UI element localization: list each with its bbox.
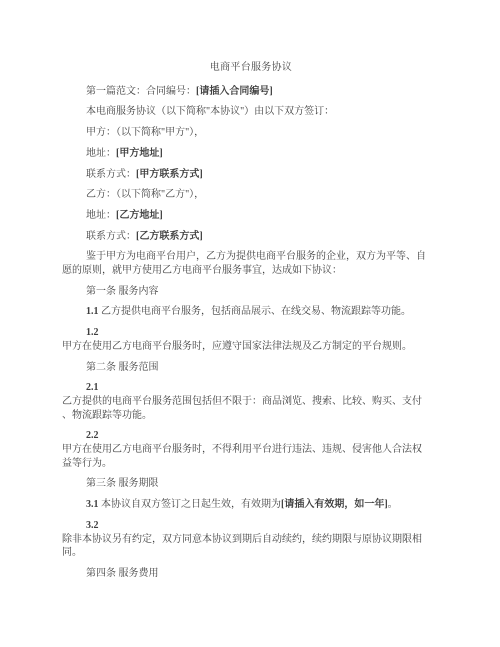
text-run: 第三条 服务期限 [86,478,159,489]
para-party-b-address: 地址：[乙方地址] [62,209,440,223]
heading-article-4: 第四条 服务费用 [62,567,440,581]
text-run: 本协议自双方签订之日起生效，有效期为 [99,499,282,510]
placeholder-party-b-address: [乙方地址] [116,210,163,221]
text-run: 甲方：（以下简称"甲方"）， [86,127,204,138]
para-template-heading: 第一篇范文：合同编号：[请插入合同编号] [62,85,440,99]
placeholder-party-b-contact: [乙方联系方式] [136,231,203,242]
placeholder-validity-period: [请插入有效期，如一年] [281,499,388,510]
clause-number: 2.2 [86,430,99,441]
text-run: 第二条 服务范围 [86,362,159,373]
heading-article-3: 第三条 服务期限 [62,477,440,491]
heading-article-2: 第二条 服务范围 [62,361,440,375]
para-party-b-contact: 联系方式：[乙方联系方式] [62,230,440,244]
text-run: 地址： [86,148,116,159]
text-run: 本电商服务协议（以下简称"本协议"）由以下双方签订： [86,106,334,117]
para-clause-3-1: 3.1 本协议自双方签订之日起生效，有效期为[请插入有效期，如一年]。 [62,498,440,512]
text-run: 鉴于甲方为电商平台用户，乙方为提供电商平台服务的企业，双方为平等、自 愿的原则，… [62,251,426,276]
text-run: 联系方式： [86,169,136,180]
para-clause-2-2: 2.2 甲方在使用乙方电商平台服务时，不得利用平台进行违法、违规、侵害他人合法权… [62,429,440,470]
para-party-a: 甲方：（以下简称"甲方"）， [62,126,440,140]
document-page: 电商平台服务协议 第一篇范文：合同编号：[请插入合同编号] 本电商服务协议（以下… [0,0,500,647]
contract-document: 电商平台服务协议 第一篇范文：合同编号：[请插入合同编号] 本电商服务协议（以下… [62,61,440,581]
para-party-b: 乙方：（以下简称"乙方"）， [62,188,440,202]
document-title: 电商平台服务协议 [62,61,440,75]
placeholder-party-a-address: [甲方地址] [116,148,163,159]
text-run: 乙方提供的电商平台服务范围包括但不限于：商品浏览、搜索、比较、购买、支付 、物流… [62,396,422,421]
placeholder-contract-number: [请插入合同编号] [196,86,273,97]
para-clause-3-2: 3.2 除非本协议另有约定，双方同意本协议到期后自动续约，续约期限与原协议期限相… [62,519,440,560]
text-run: 地址： [86,210,116,221]
text-run: 。 [388,499,398,510]
clause-number: 1.2 [86,327,99,338]
para-clause-1-2: 1.2 甲方在使用乙方电商平台服务时，应遵守国家法律法规及乙方制定的平台规则。 [62,326,440,353]
para-party-a-address: 地址：[甲方地址] [62,147,440,161]
text-run: 甲方在使用乙方电商平台服务时，应遵守国家法律法规及乙方制定的平台规则。 [62,341,412,352]
text-run: 第四条 服务费用 [86,568,159,579]
para-intro: 本电商服务协议（以下简称"本协议"）由以下双方签订： [62,105,440,119]
clause-number: 3.1 [86,499,99,510]
text-run: 第一篇范文：合同编号： [86,86,196,97]
text-run: 乙方：（以下简称"乙方"）， [86,189,204,200]
clause-number: 1.1 [86,306,99,317]
heading-article-1: 第一条 服务内容 [62,285,440,299]
clause-number: 3.2 [86,520,99,531]
text-run: 第一条 服务内容 [86,286,159,297]
para-party-a-contact: 联系方式：[甲方联系方式] [62,168,440,182]
title-text: 电商平台服务协议 [210,62,292,73]
text-run: 乙方提供电商平台服务，包括商品展示、在线交易、物流跟踪等功能。 [99,306,412,317]
para-clause-1-1: 1.1 乙方提供电商平台服务，包括商品展示、在线交易、物流跟踪等功能。 [62,305,440,319]
text-run: 联系方式： [86,231,136,242]
text-run: 甲方在使用乙方电商平台服务时，不得利用平台进行违法、违规、侵害他人合法权 益等行… [62,444,422,469]
para-recitals: 鉴于甲方为电商平台用户，乙方为提供电商平台服务的企业，双方为平等、自 愿的原则，… [62,250,440,277]
text-run: 除非本协议另有约定，双方同意本协议到期后自动续约，续约期限与原协议期限相 同。 [62,534,422,559]
para-clause-2-1: 2.1 乙方提供的电商平台服务范围包括但不限于：商品浏览、搜索、比较、购买、支付… [62,381,440,422]
clause-number: 2.1 [86,382,99,393]
placeholder-party-a-contact: [甲方联系方式] [136,169,203,180]
